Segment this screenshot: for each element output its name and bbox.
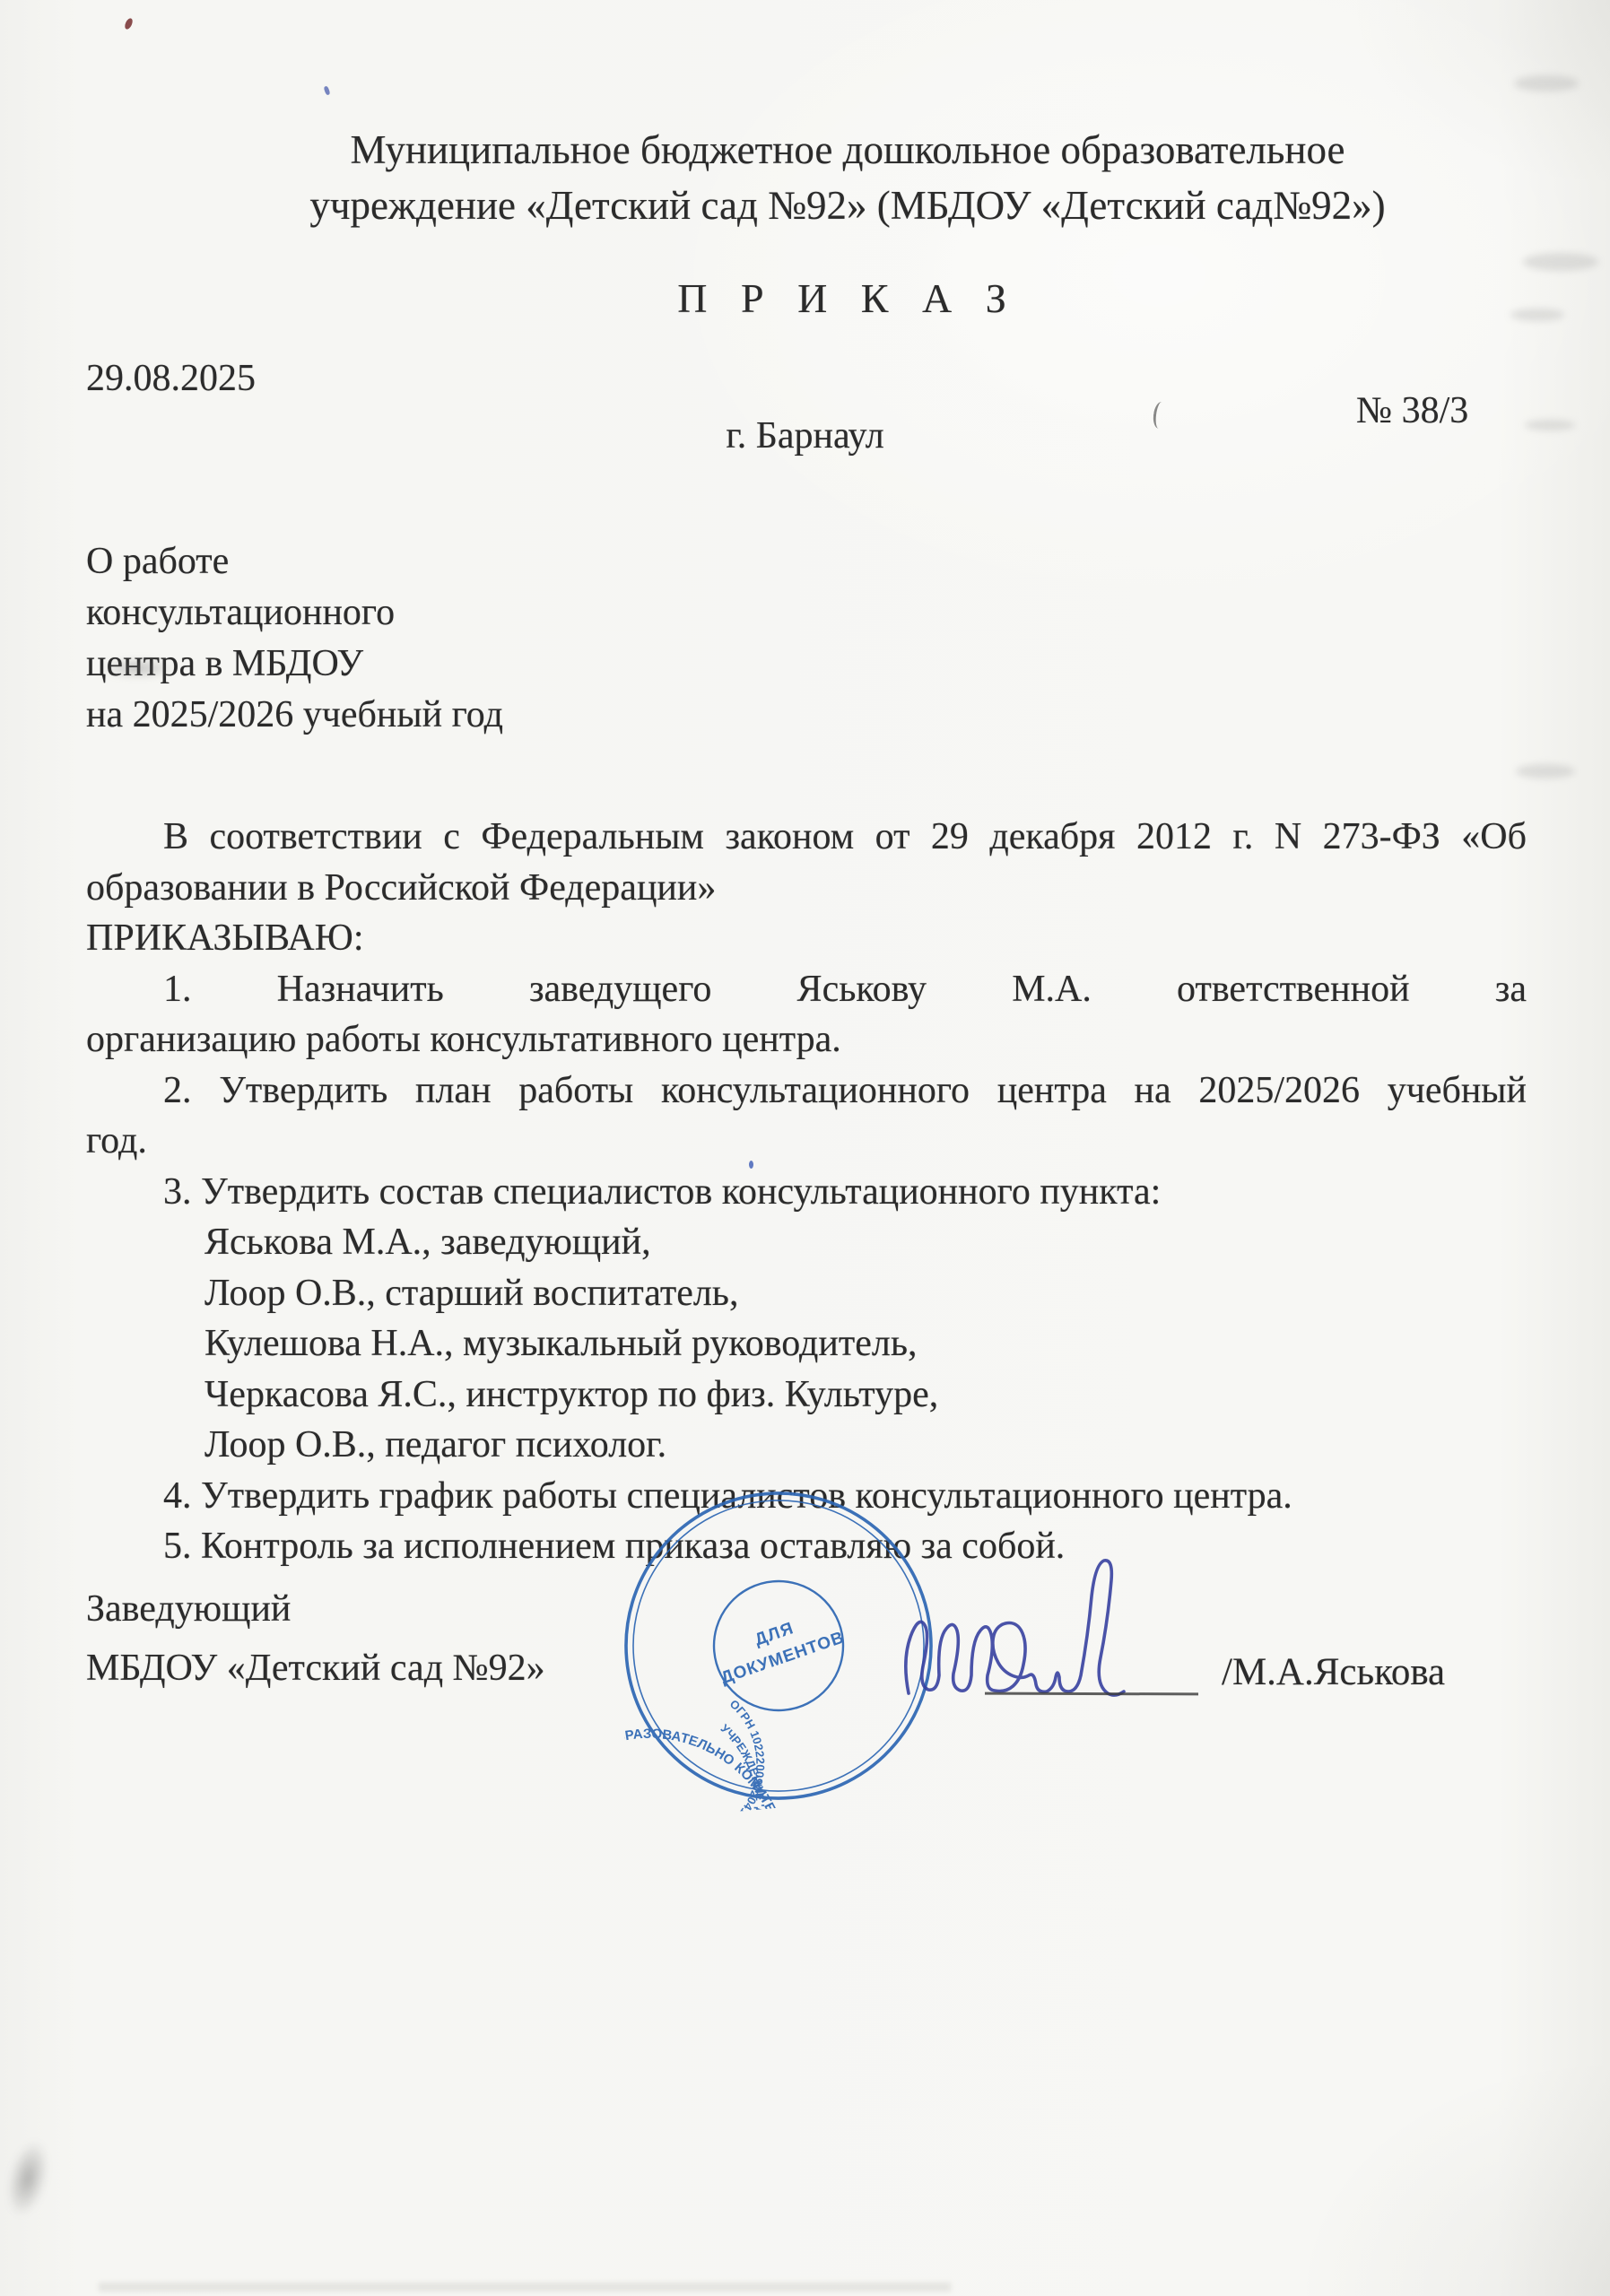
body-line: год.: [86, 1116, 1527, 1167]
body-line: организацию работы консультативного цент…: [86, 1014, 1527, 1065]
body-line: ПРИКАЗЫВАЮ:: [86, 913, 1527, 964]
specialist-list-item: Кулешова Н.А., музыкальный руководитель,: [86, 1318, 1527, 1370]
scan-smudge: [0, 2136, 56, 2221]
subject-block: О работе консультационного центра в МБДО…: [86, 536, 503, 741]
ink-speck: [124, 17, 135, 30]
body-line: образовании в Российской Федерации»: [86, 863, 1527, 914]
org-name-line-1: Муниципальное бюджетное дошкольное образ…: [305, 122, 1390, 178]
doc-city: г. Барнаул: [0, 414, 1610, 457]
scan-edge-shadow: [99, 2283, 951, 2292]
specialist-list-item: Яськова М.А., заведующий,: [86, 1217, 1527, 1268]
ink-speck: [323, 85, 330, 95]
doc-type-title: П Р И К А З: [305, 274, 1390, 322]
doc-date: 29.08.2025: [86, 357, 256, 400]
scan-smudge: [1523, 253, 1598, 271]
scan-smudge: [1516, 764, 1575, 778]
stamp-outer-ring-2: [621, 1488, 936, 1803]
signature-stroke: [906, 1561, 1124, 1695]
scan-smudge: [1514, 75, 1579, 91]
signatory-position: Заведующий: [86, 1587, 291, 1631]
order-body: В соответствии с Федеральным законом от …: [86, 812, 1527, 1572]
subject-line: центра в МБДОУ: [86, 639, 503, 690]
body-line: 3. Утвердить состав специалистов консуль…: [86, 1167, 1527, 1218]
specialist-list-item: Лоор О.В., педагог психолог.: [86, 1420, 1527, 1471]
org-name-line-2: учреждение «Детский сад №92» (МБДОУ «Дет…: [305, 178, 1390, 233]
body-line: В соответствии с Федеральным законом от …: [86, 812, 1527, 863]
specialist-list-item: Лоор О.В., старший воспитатель,: [86, 1268, 1527, 1319]
scanned-order-page: Муниципальное бюджетное дошкольное образ…: [0, 0, 1610, 2296]
signatory-name: /М.А.Яськова: [1222, 1650, 1445, 1694]
scan-smudge: [1510, 309, 1564, 321]
body-line: 2. Утвердить план работы консультационно…: [86, 1065, 1527, 1117]
subject-line: на 2025/2026 учебный год: [86, 690, 503, 741]
specialist-list-item: Черкасова Я.С., инструктор по физ. Культ…: [86, 1370, 1527, 1421]
org-name-block: Муниципальное бюджетное дошкольное образ…: [305, 122, 1390, 233]
signatory-org: МБДОУ «Детский сад №92»: [86, 1647, 545, 1690]
subject-line: О работе: [86, 536, 503, 587]
body-line: 1. Назначить заведущего Яськову М.А. отв…: [86, 964, 1527, 1015]
subject-line: консультационного: [86, 587, 503, 639]
